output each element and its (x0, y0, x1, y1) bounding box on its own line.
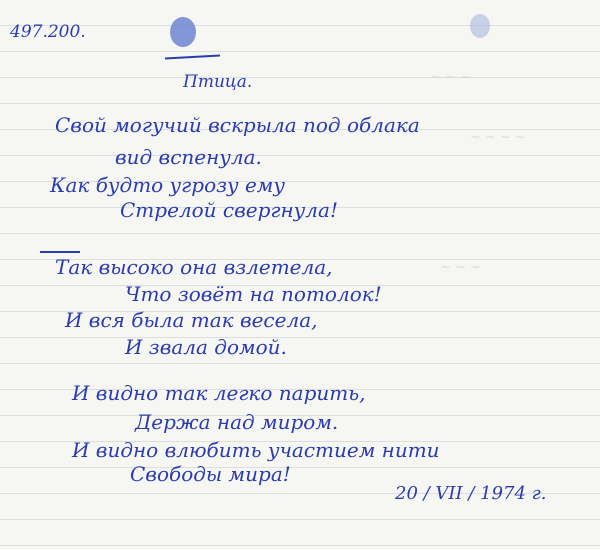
bleed-through-text: ~ ~ ~ (440, 260, 481, 275)
poem-line: И вся была так весела, (65, 308, 317, 332)
title-underline (165, 55, 220, 60)
notebook-page: ~ ~ ~ ~ ~ ~ ~ ~ ~ ~ 497.200. Птица. Свой… (0, 0, 600, 550)
poem-line: Свободы мира! (130, 462, 291, 486)
bleed-through-text: ~ ~ ~ (430, 70, 471, 85)
poem-line: Так высоко она взлетела, (55, 255, 333, 279)
poem-line: Стрелой свергнула! (120, 198, 338, 222)
stanza-divider (40, 251, 80, 253)
poem-line: И видно влюбить участием нити (72, 438, 440, 462)
ink-blot-faint (470, 14, 490, 38)
catalog-number: 497.200. (10, 22, 86, 42)
poem-title: Птица. (183, 72, 252, 92)
poem-line: Держа над миром. (135, 410, 338, 434)
poem-line: Как будто угрозу ему (50, 173, 285, 197)
poem-date: 20 / VII / 1974 г. (395, 483, 547, 504)
bleed-through-text: ~ ~ ~ ~ (470, 130, 526, 145)
poem-line: И видно так легко парить, (72, 381, 365, 405)
poem-line: вид вспенула. (115, 145, 262, 169)
ink-blot (170, 17, 196, 47)
poem-line: Свой могучий вскрыла под облака (55, 113, 420, 137)
poem-line: И звала домой. (125, 335, 287, 359)
poem-line: Что зовёт на потолок! (125, 282, 382, 306)
